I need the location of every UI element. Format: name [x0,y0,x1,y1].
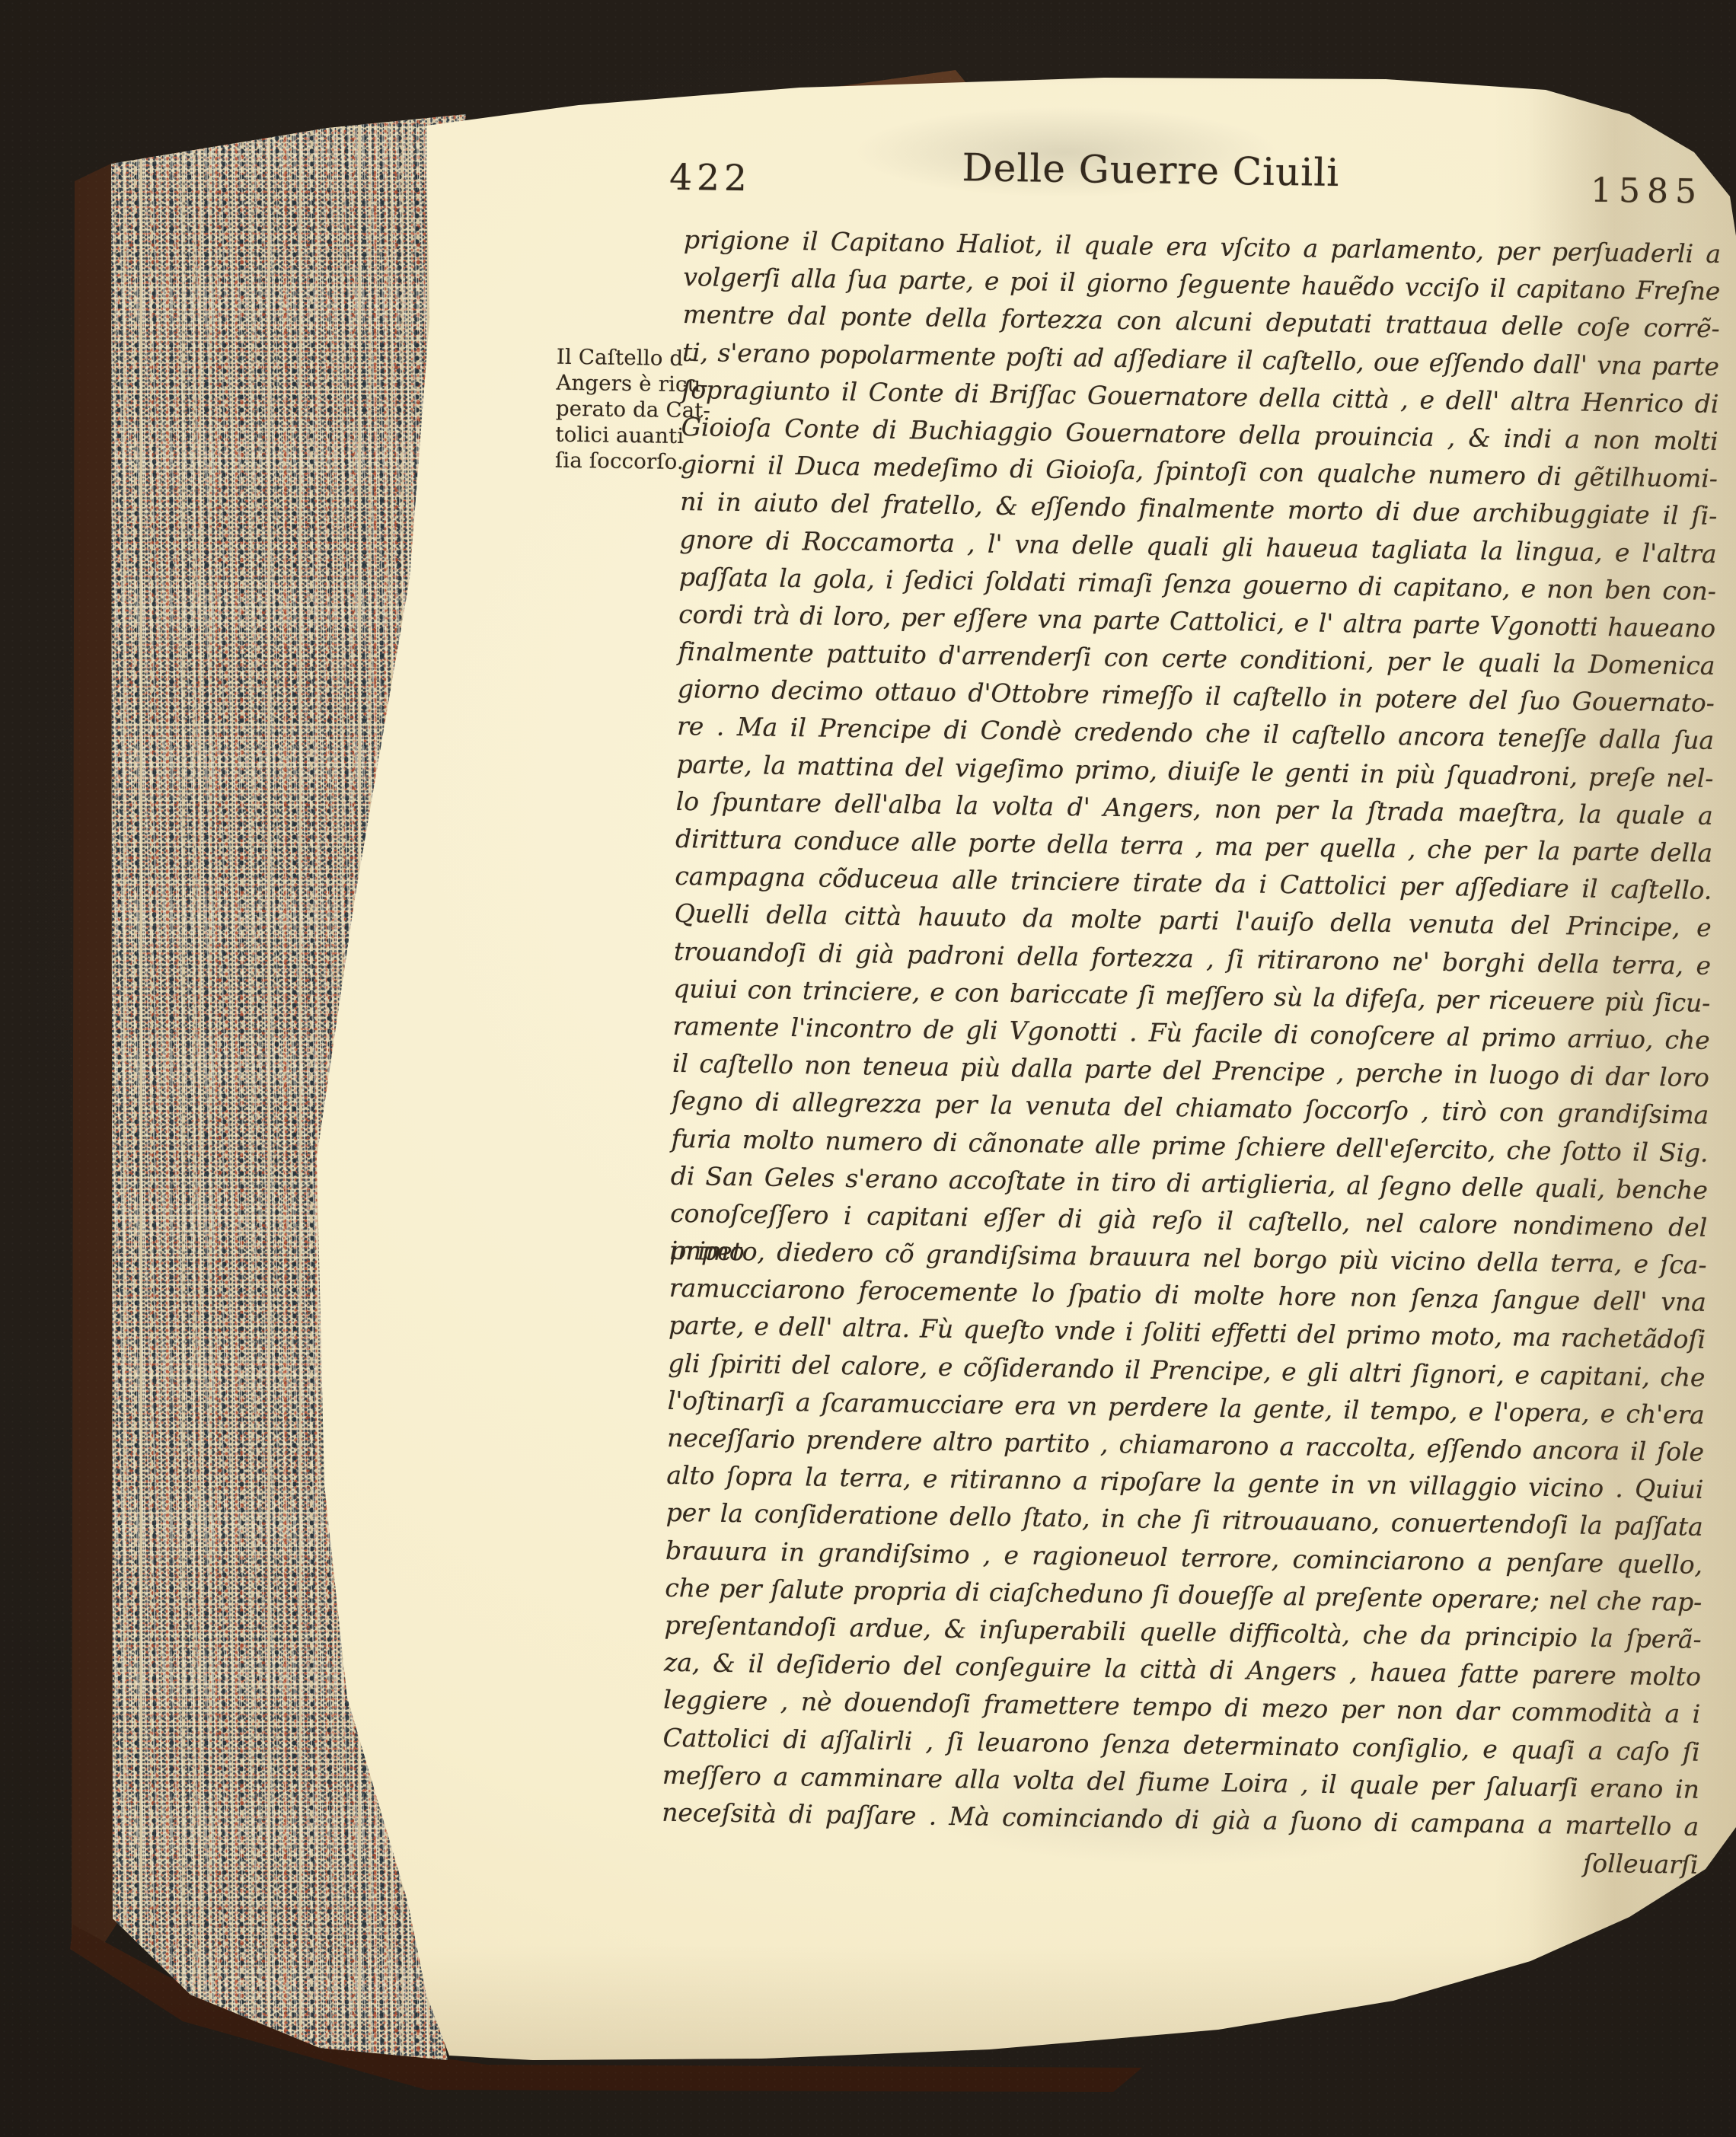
running-title: Delle Guerre Ciuili [962,145,1339,195]
year-label: 1585 [1591,171,1704,212]
page-number: 422 [669,157,752,199]
body-text: prigione il Capitano Haliot, il quale er… [662,221,1721,1845]
page-header: 422 Delle Guerre Ciuili 1585 [685,136,1722,218]
book-scan: 422 Delle Guerre Ciuili 1585 Il Caſtello… [0,0,1736,2137]
